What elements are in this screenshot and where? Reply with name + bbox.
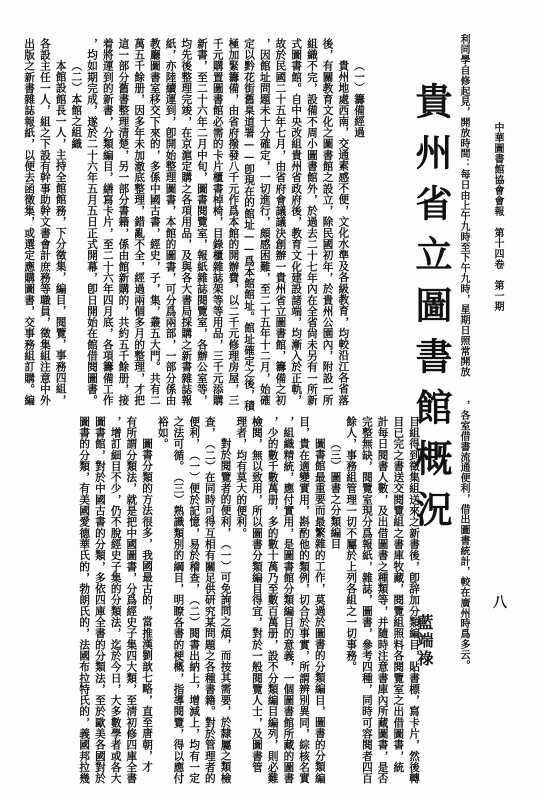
paragraph-line: 故於民國二十五年七月，由省府會議議決創辦一貴州省立圖書館，籌備之初 xyxy=(272,38,288,388)
paragraph-line: 之法可循。（三）熟識類別的綱目，明瞭各書的梗概，指導閱覽，得以應付 xyxy=(170,416,186,766)
paragraph-line: 圖書的分類，有美國愛德華氏的，勃朗氏的，法國布拉特氏的，義國邦拉幾 xyxy=(76,416,92,766)
paragraph-line: 着將運到的新書，分類編目，繕寫卡片，至二十六年四月底，各項籌備工作 xyxy=(99,38,115,388)
paragraph-line: 圖書分類的方法很多，我國最古的，當推漢劉歆七略，直至唐朝，才 xyxy=(138,416,154,766)
paragraph-line: 各設主任一人，組之下設有幹事助幹文書會計庶務等職員，徵集組注意中外 xyxy=(36,38,52,388)
section-heading-2: （二）本館之組織 xyxy=(68,38,84,388)
paragraph-line: 新書，至二十六年二月中旬，圖書閱覽室，報紙雜誌閱覽室，各辦公室等， xyxy=(193,38,209,388)
paragraph-line: 圖書館，對於中國古書的分類，多依四庫全書的分類法，至於歐美各國對於 xyxy=(91,416,107,766)
paragraph-line: 便利，（一）便於記憶，易於稽查，（二）閱書出納上，增減上，均有一定 xyxy=(185,416,201,766)
paragraph-line: 餘人，事務組管理一切不屬於上列各組之一切事務。 xyxy=(342,416,358,766)
paragraph-line: 裕如。 xyxy=(154,416,170,766)
paragraph-line: 目組得到徵集組送來之新書後，卽辞加分類編目，貼書標，寫卡片，然後轉 xyxy=(405,416,421,766)
paragraph-line: 紙，亦陸續運到，卽開始整理圖書，本館的圖書，可分爲兩部，一部分係由 xyxy=(162,38,178,388)
paragraph-line: 萬五千餘册，因多年未加澈底整理，錯亂不全，經過兩個多月的整理，才把 xyxy=(130,38,146,388)
paragraph-line: 完整無缺，閱覽室現分爲報紙，雜誌，圖書，參考四種，同時可容閱者四百 xyxy=(358,416,374,766)
paragraph-line: 出版之新書雜誌報紙，以便去函徵集，或選定應購圖書，交事務組訂購。編 xyxy=(21,38,37,388)
paragraph-line: 目，貴在適變實用，斟酌他的類例，切合於事實，所謂辨別異同，綜核名實 xyxy=(295,416,311,766)
paragraph-line: ，組織精統，應付實用，是圖書館分類編目的意義，一個圖書館所藏的圖書 xyxy=(280,416,296,766)
paragraph-line: ，因館址問題未十分確定，一切進行，頗感困難，至二十五年十二月，始確 xyxy=(256,38,272,388)
section-heading-3: （三）圖書之分類編目 xyxy=(327,416,343,766)
paragraph-line: 貴州地處西南，交通素感不便，文化水準及各級教育，均較沿江各省落 xyxy=(335,38,351,388)
paragraph-line: 這一部分舊書整理清楚，另一部分書籍，係由館新購的，共約五千餘册，接 xyxy=(115,38,131,388)
paragraph-line: 有所謂分類法，就是把中國圖書，分爲經史子集四大類，至淸初修四庫全書 xyxy=(123,416,139,766)
paragraph-line: ，增訂細目不少，仍不脫經史子集的分類法，迄於今日，大多數學者或各大 xyxy=(107,416,123,766)
paragraph-line: 圖書館最重要而最繁雜的工作，莫過於圖書的分類編目，圖書的分類編 xyxy=(311,416,327,766)
hours-line-1: 利同學自修起見，開放時間：每日由上午九時至下午九時，星期日照常開放 xyxy=(455,34,471,377)
paragraph-line: 理者，均有莫大的便利。 xyxy=(233,416,249,766)
paragraph-line: 檢閱，無以致用，所以圖書分類編目得宜，對於一般閱覽人士，及圖書管 xyxy=(248,416,264,766)
hours-line-2: ，各室借書流通便利，借出圖書統計，較在廣州時爲多云。 xyxy=(455,400,471,670)
upper-text-block: （一）籌備經過 貴州地處西南，交通素感不便，文化水準及各級教育，均較沿江各省落 … xyxy=(21,38,366,388)
paragraph-line: 對於閱覽者的便利，（一）可免詢問之煩，而按其需要，於隸屬之類檢 xyxy=(217,416,233,766)
paragraph-line: ，均如期完成，遂於二十六年五月五日正式開幕，卽日開始在館借閱圖書。 xyxy=(83,38,99,388)
journal-header: 中華圖書館協會會報 第十四卷 第一期 xyxy=(489,122,505,312)
paragraph-line: 查，（二）在同時可得互相有關足供研究某問題之各種書籍。對於管理者的 xyxy=(201,416,217,766)
lower-text-block: 目組得到徵集組送來之新書後，卽辞加分類編目，貼書標，寫卡片，然後轉 目已完之書送… xyxy=(76,416,421,766)
paragraph-line: 計每日閱書人數，及出借圖書之種類等，并隨時注意書庫內所藏圖書，是否 xyxy=(374,416,390,766)
page-number: 八 xyxy=(493,592,507,612)
paragraph-line: 均先後整理完竣，在京滬定購之各項用品，及與各大書局採購之新書雜誌報 xyxy=(178,38,194,388)
paragraph-line: 式圖書館。自中央改組貴州省政府後，教育文化建設諸端，均漸入於正軌， xyxy=(287,38,303,388)
paragraph-line: 後，有關教育文化之圖書館之設立，除民國初年，於貴州公園內，附設一所 xyxy=(319,38,335,388)
paragraph-line: 千元購置圖書館必需的卡片櫃書棹椅，目錄櫃雜誌架等等用品，三千元添購 xyxy=(209,38,225,388)
paragraph-line: 目已完之書送交閱覽組之書庫牧藏，閱覽組照料各閱覽室之出借圖書，統 xyxy=(390,416,406,766)
paragraph-line: ，少的數千數萬册，多的數十萬乃至數百萬册，設不分類編目編列，則必難 xyxy=(264,416,280,766)
paragraph-line: 教廳圖書室移交下來的，多係中國古書，經史，子，集，叢五大門。共有二 xyxy=(146,38,162,388)
section-heading-1: （一）籌備經過 xyxy=(350,38,366,388)
journal-page: 中華圖書館協會會報 第十四卷 第一期 利同學自修起見，開放時間：每日由上午九時至… xyxy=(0,0,539,800)
paragraph-line: 極加緊籌備，由省府撥發八千元作爲本館的開辦費，以二千元修理房屋，三 xyxy=(225,38,241,388)
paragraph-line: 本館設館長一人，主持全館館務，下分徵集，編目，閱覽，事務四組， xyxy=(52,38,68,388)
paragraph-line: 組織不完，設備不周小圖書館外，於過去二十七年內在全省尙未另有一所新 xyxy=(303,38,319,388)
paragraph-line: 定以黔花街舊臬道署——卽現在的館址——爲本館館址。館址確定之後，積 xyxy=(240,38,256,388)
